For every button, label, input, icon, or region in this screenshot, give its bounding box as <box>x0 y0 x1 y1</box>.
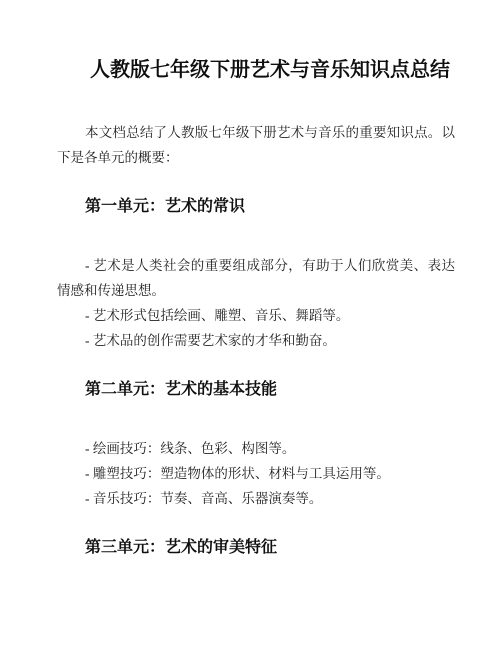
section-unit-2-items: - 绘画技巧：线条、色彩、构图等。 - 雕塑技巧：塑造物体的形状、材料与工具运用… <box>57 436 455 511</box>
list-item: - 艺术形式包括绘画、雕塑、音乐、舞蹈等。 <box>57 303 455 328</box>
section-unit-1-items: - 艺术是人类社会的重要组成部分，有助于人们欣赏美、表达情感和传递思想。 - 艺… <box>57 253 455 353</box>
list-item: - 艺术是人类社会的重要组成部分，有助于人们欣赏美、表达情感和传递思想。 <box>57 253 455 303</box>
section-heading-unit-1: 第一单元：艺术的常识 <box>57 196 455 218</box>
document-title: 人教版七年级下册艺术与音乐知识点总结 <box>57 56 455 84</box>
intro-paragraph: 本文档总结了人教版七年级下册艺术与音乐的重要知识点。以下是各单元的概要： <box>57 120 455 170</box>
document-page: 人教版七年级下册艺术与音乐知识点总结 本文档总结了人教版七年级下册艺术与音乐的重… <box>0 0 500 647</box>
section-heading-unit-2: 第二单元：艺术的基本技能 <box>57 379 455 401</box>
list-item: - 音乐技巧：节奏、音高、乐器演奏等。 <box>57 486 455 511</box>
section-heading-unit-3: 第三单元：艺术的审美特征 <box>57 537 455 559</box>
list-item: - 艺术品的创作需要艺术家的才华和勤奋。 <box>57 328 455 353</box>
list-item: - 绘画技巧：线条、色彩、构图等。 <box>57 436 455 461</box>
list-item: - 雕塑技巧：塑造物体的形状、材料与工具运用等。 <box>57 461 455 486</box>
